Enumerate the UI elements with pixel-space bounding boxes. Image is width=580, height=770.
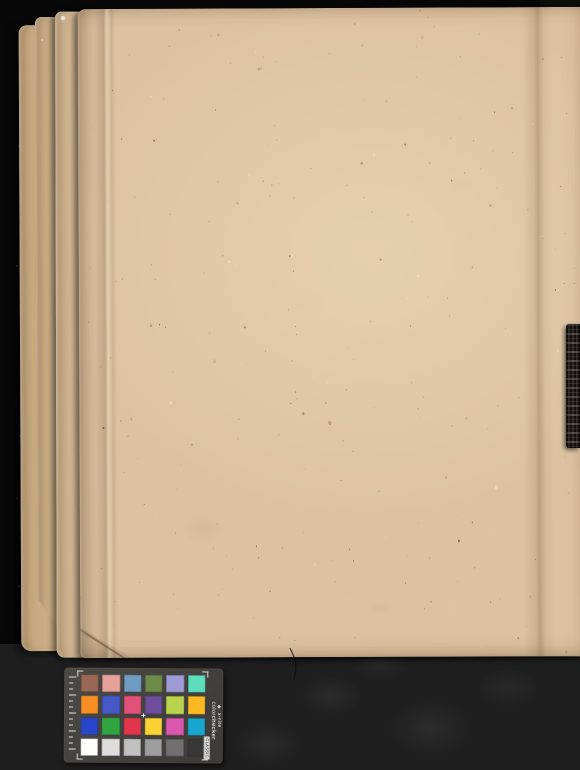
color-patch-purplish-blue bbox=[102, 696, 119, 713]
colorchecker-ruler bbox=[69, 676, 74, 753]
color-patch-orange bbox=[81, 696, 98, 713]
color-patch-neutral-6.5 bbox=[123, 739, 140, 756]
color-patch-orange-yellow bbox=[188, 697, 205, 714]
corner-bracket-top-left bbox=[77, 671, 83, 677]
color-patch-white bbox=[81, 738, 98, 755]
color-patch-neutral-5 bbox=[145, 739, 162, 756]
color-patch-neutral-8 bbox=[102, 738, 119, 755]
bookmark-ribbon bbox=[566, 324, 580, 448]
color-patch-blue-sky bbox=[124, 675, 141, 692]
center-cross-mark: + bbox=[140, 712, 147, 719]
color-patch-yellow-green bbox=[166, 696, 183, 713]
classic-badge: CLASSIC bbox=[204, 736, 210, 759]
color-patch-foliage bbox=[145, 675, 162, 692]
album-page bbox=[78, 7, 580, 658]
xrite-logo: x-rite bbox=[216, 704, 222, 727]
hair-fiber bbox=[282, 646, 306, 682]
color-patch-magenta bbox=[166, 718, 183, 735]
paper-fiber-specks bbox=[78, 7, 580, 9]
color-patch-blue bbox=[81, 717, 98, 734]
page-fold-ridge bbox=[94, 9, 119, 658]
colorchecker-label-prefix: color bbox=[210, 701, 216, 715]
color-patch-cyan bbox=[188, 718, 205, 735]
color-patch-blue-flower bbox=[166, 675, 183, 692]
colorchecker-label: colorchecker bbox=[210, 701, 216, 739]
photo-stage: + x-rite colorchecker CLASSIC bbox=[0, 0, 580, 770]
gutter-crease bbox=[522, 7, 555, 656]
dust-speck bbox=[41, 39, 43, 41]
corner-bracket-bottom-left bbox=[77, 754, 83, 760]
color-patch-bluish-green bbox=[188, 675, 205, 692]
colorchecker-label-suffix: checker bbox=[210, 715, 216, 739]
colorchecker-card: + x-rite colorchecker CLASSIC bbox=[64, 667, 224, 763]
color-patch-moderate-red bbox=[124, 696, 141, 713]
color-patch-dark-skin bbox=[81, 675, 98, 692]
colorchecker-brand-strip: x-rite colorchecker CLASSIC bbox=[208, 672, 223, 759]
color-patch-neutral-3.5 bbox=[166, 739, 183, 756]
color-patch-red bbox=[124, 717, 141, 734]
color-patch-light-skin bbox=[102, 675, 119, 692]
dust-speck bbox=[61, 16, 65, 20]
color-patch-green bbox=[102, 717, 119, 734]
color-patch-purple bbox=[145, 696, 162, 713]
color-patch-yellow bbox=[145, 718, 162, 735]
